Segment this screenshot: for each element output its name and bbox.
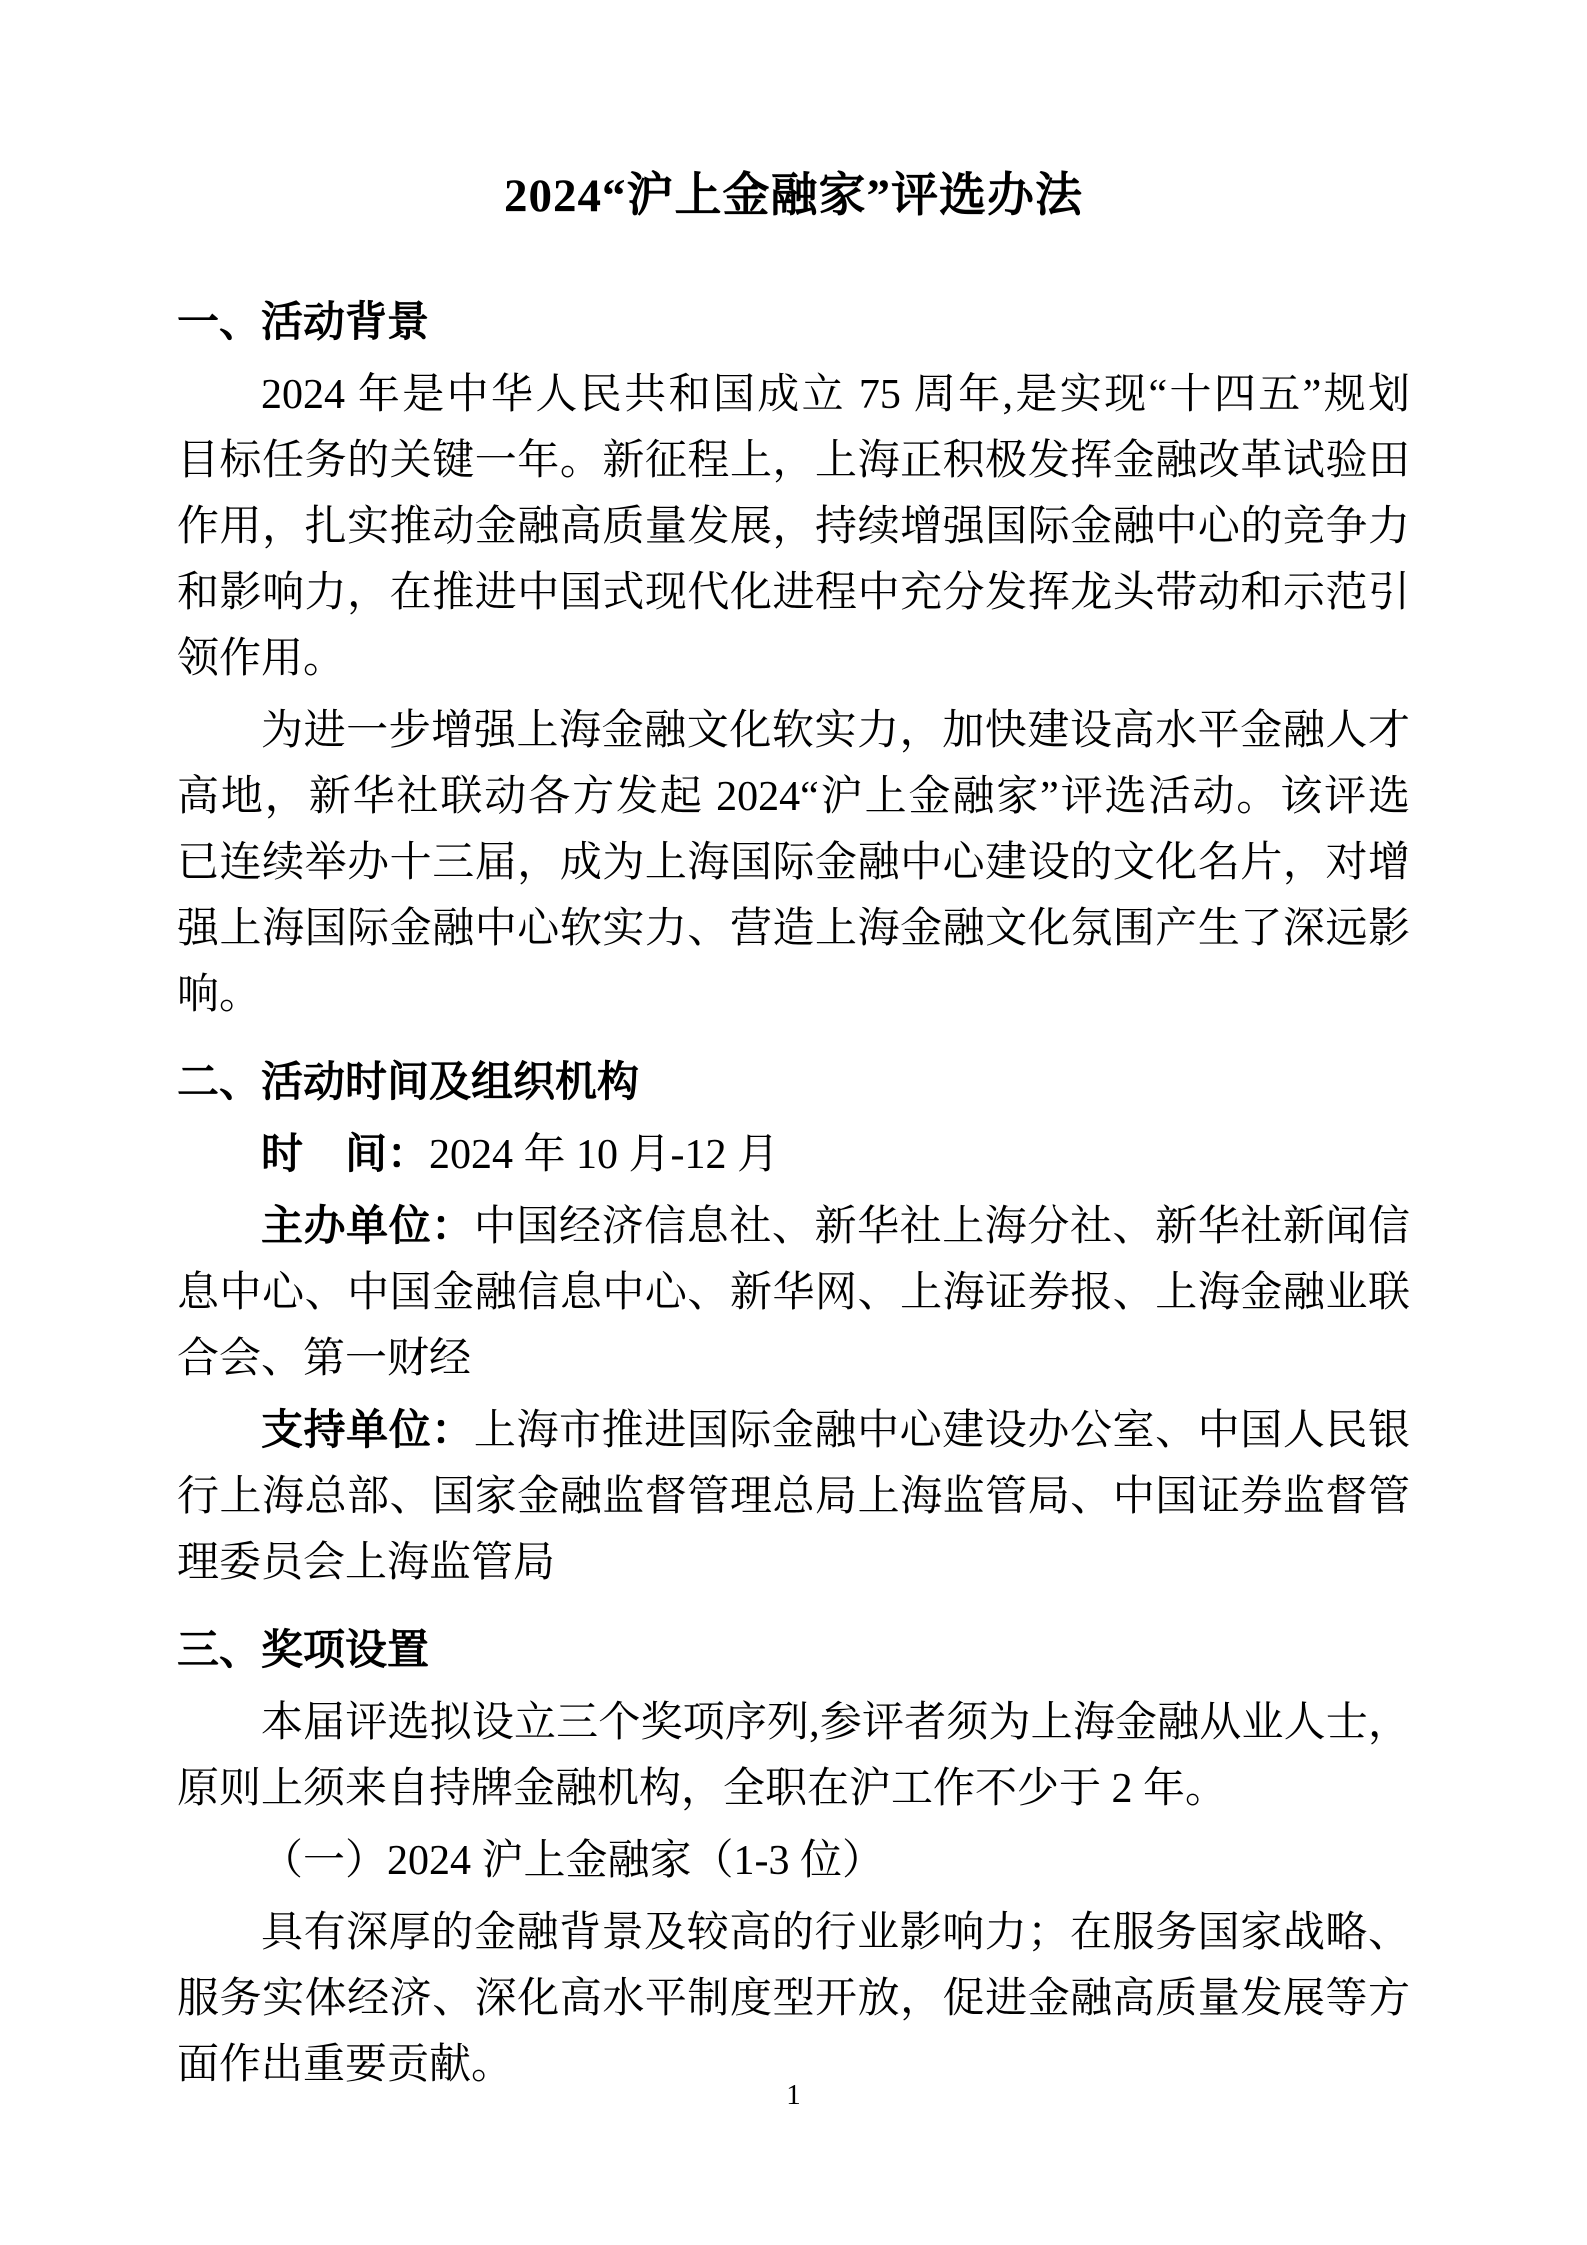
text-line: 作用，扎实推动金融高质量发展，持续增强国际金融中心的竞争力 — [177, 494, 1410, 560]
supporter-value: 上海市推进国际金融中心建设办公室、中国人民银 — [474, 1408, 1410, 1454]
text-line: 为进一步增强上海金融文化软实力，加快建设高水平金融人才 — [177, 698, 1410, 764]
text-line: 高地，新华社联动各方发起 2024“沪上金融家”评选活动。该评选 — [177, 764, 1410, 830]
text-line: 具有深厚的金融背景及较高的行业影响力；在服务国家战略、 — [177, 1900, 1410, 1966]
paragraph-time: 时 间：2024 年 10 月-12 月 — [177, 1122, 1410, 1188]
section-schedule-organizers: 二、活动时间及组织机构 时 间：2024 年 10 月-12 月 主办单位：中国… — [177, 1050, 1410, 1596]
supporter-label: 支持单位： — [261, 1408, 474, 1454]
text-line: 理委员会上海监管局 — [177, 1530, 1410, 1596]
text-line: 2024 年是中华人民共和国成立 75 周年,是实现“十四五”规划 — [177, 362, 1410, 428]
organizer-label: 主办单位： — [261, 1204, 474, 1250]
text-line: 响。 — [177, 962, 1410, 1028]
document-page: 2024“沪上金融家”评选办法 一、活动背景 2024 年是中华人民共和国成立 … — [0, 0, 1587, 2245]
section-heading-1: 一、活动背景 — [177, 290, 1410, 356]
paragraph-award-item: （一）2024 沪上金融家（1-3 位） — [177, 1828, 1410, 1894]
text-line: 和影响力，在推进中国式现代化进程中充分发挥龙头带动和示范引 — [177, 560, 1410, 626]
text-line: 领作用。 — [177, 626, 1410, 692]
text-line: 支持单位：上海市推进国际金融中心建设办公室、中国人民银 — [177, 1398, 1410, 1464]
text-line: 主办单位：中国经济信息社、新华社上海分社、新华社新闻信 — [177, 1194, 1410, 1260]
text-line: 本届评选拟设立三个奖项序列,参评者须为上海金融从业人士， — [177, 1690, 1410, 1756]
section-background: 一、活动背景 2024 年是中华人民共和国成立 75 周年,是实现“十四五”规划… — [177, 290, 1410, 1028]
text-line: 已连续举办十三届，成为上海国际金融中心建设的文化名片，对增 — [177, 830, 1410, 896]
paragraph: 具有深厚的金融背景及较高的行业影响力；在服务国家战略、 服务实体经济、深化高水平… — [177, 1900, 1410, 2098]
text-line: 目标任务的关键一年。新征程上，上海正积极发挥金融改革试验田 — [177, 428, 1410, 494]
paragraph-supporters: 支持单位：上海市推进国际金融中心建设办公室、中国人民银 行上海总部、国家金融监督… — [177, 1398, 1410, 1596]
text-line: 息中心、中国金融信息中心、新华网、上海证券报、上海金融业联 — [177, 1260, 1410, 1326]
section-heading-2: 二、活动时间及组织机构 — [177, 1050, 1410, 1116]
award-subheading: （一）2024 沪上金融家（1-3 位） — [177, 1828, 1410, 1894]
text-line: 强上海国际金融中心软实力、营造上海金融文化氛围产生了深远影 — [177, 896, 1410, 962]
time-value: 2024 年 10 月-12 月 — [429, 1132, 779, 1178]
text-line: 时 间：2024 年 10 月-12 月 — [177, 1122, 1410, 1188]
paragraph: 为进一步增强上海金融文化软实力，加快建设高水平金融人才 高地，新华社联动各方发起… — [177, 698, 1410, 1028]
text-line: 合会、第一财经 — [177, 1326, 1410, 1392]
section-awards: 三、奖项设置 本届评选拟设立三个奖项序列,参评者须为上海金融从业人士， 原则上须… — [177, 1618, 1410, 2098]
time-label: 时 间： — [261, 1132, 429, 1178]
section-heading-3: 三、奖项设置 — [177, 1618, 1410, 1684]
paragraph-organizers: 主办单位：中国经济信息社、新华社上海分社、新华社新闻信 息中心、中国金融信息中心… — [177, 1194, 1410, 1392]
text-line: 服务实体经济、深化高水平制度型开放，促进金融高质量发展等方 — [177, 1966, 1410, 2032]
paragraph: 2024 年是中华人民共和国成立 75 周年,是实现“十四五”规划 目标任务的关… — [177, 362, 1410, 692]
text-line: 行上海总部、国家金融监督管理总局上海监管局、中国证券监督管 — [177, 1464, 1410, 1530]
document-title: 2024“沪上金融家”评选办法 — [177, 160, 1410, 232]
page-number: 1 — [0, 2078, 1587, 2112]
organizer-value: 中国经济信息社、新华社上海分社、新华社新闻信 — [474, 1204, 1410, 1250]
paragraph: 本届评选拟设立三个奖项序列,参评者须为上海金融从业人士， 原则上须来自持牌金融机… — [177, 1690, 1410, 1822]
text-line: 原则上须来自持牌金融机构，全职在沪工作不少于 2 年。 — [177, 1756, 1410, 1822]
